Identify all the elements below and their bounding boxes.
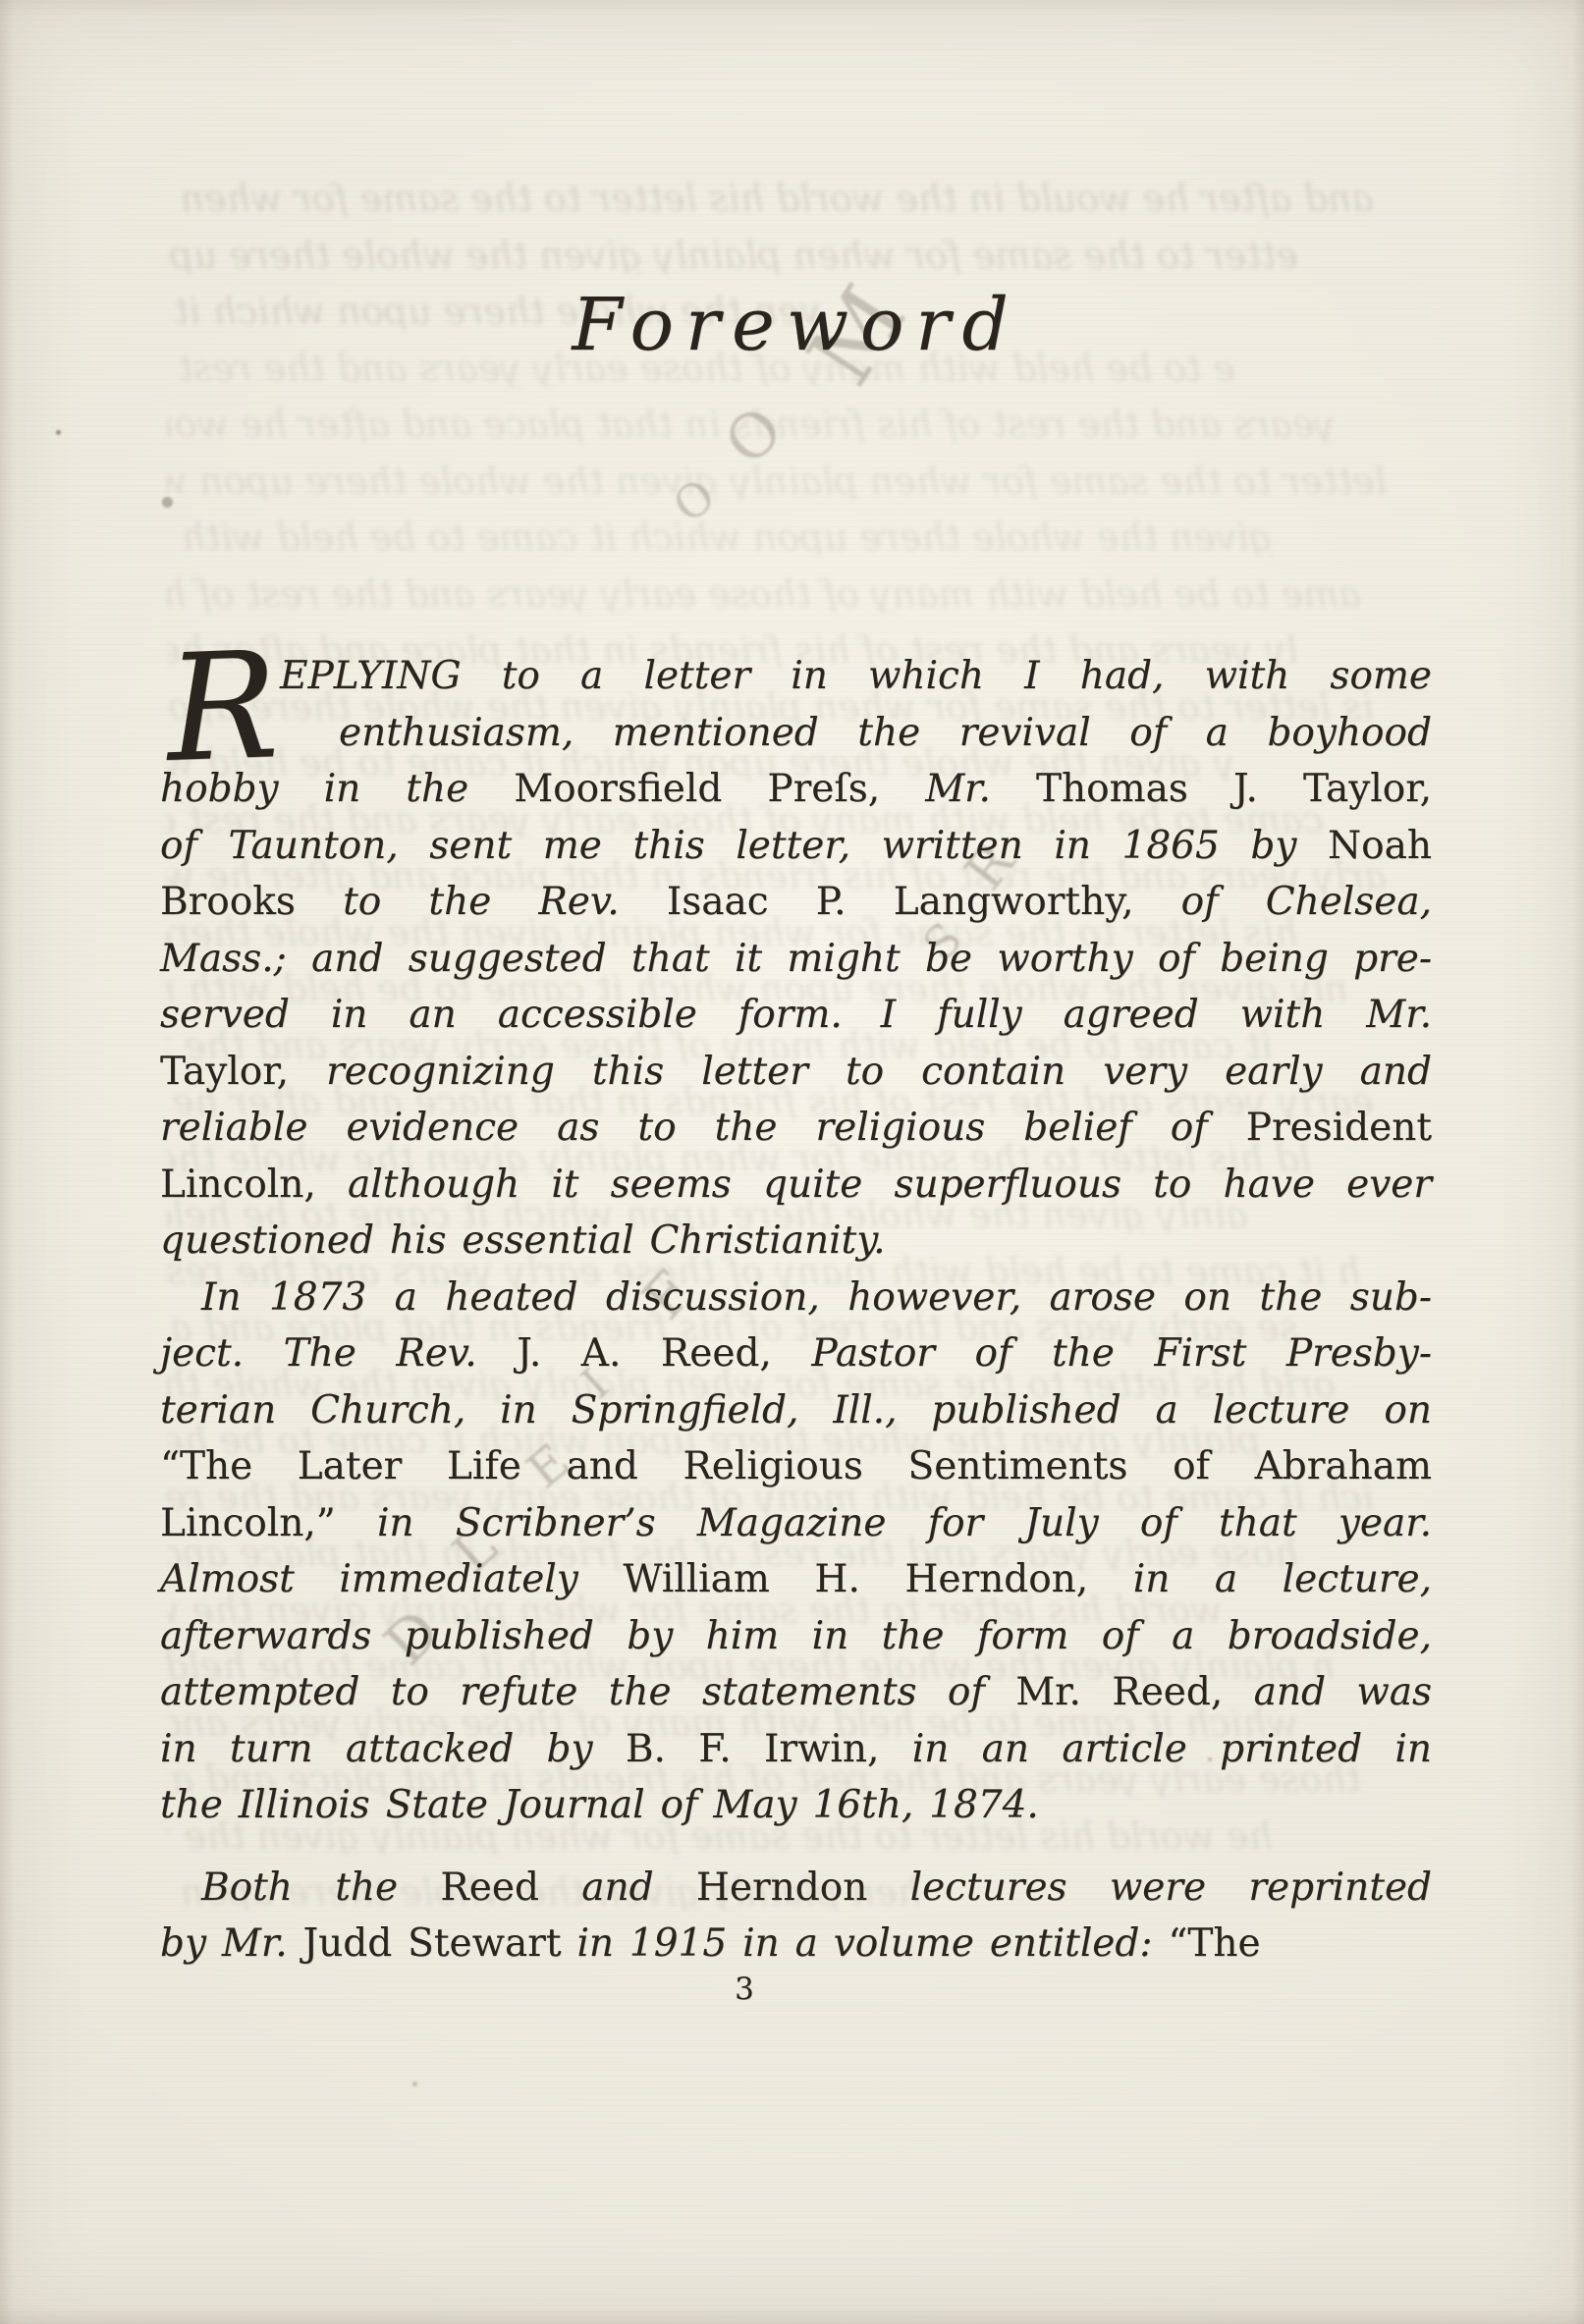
italic-text-segment: Pastor of the First Presby-	[811, 1331, 1432, 1376]
italic-text-segment: Mr.	[925, 767, 1036, 811]
text-line: hobby in the Moorsfield Preſs, Mr. Thoma…	[160, 761, 1432, 818]
page-number: 3	[160, 1972, 1329, 2007]
roman-text-segment: Lincoln,”	[160, 1501, 377, 1545]
page-title: Foreword	[160, 283, 1432, 367]
text-line: Mass.; and suggested that it might be wo…	[160, 931, 1432, 988]
text-line: served in an accessible form. I fully ag…	[160, 987, 1432, 1044]
italic-text-segment: of Taunton, sent me this letter, written…	[160, 824, 1328, 868]
italic-text-segment: Both the	[201, 1865, 440, 1910]
text-line: Brooks to the Rev. Isaac P. Langworthy, …	[160, 874, 1432, 931]
pencil-mark: O	[715, 397, 793, 475]
paper-speck	[162, 497, 173, 508]
italic-text-segment: in 1915 in a volume entitled:	[576, 1921, 1168, 1966]
italic-text-segment: afterwards published by him in the form …	[160, 1614, 1432, 1658]
paragraph: EPLYING to a letter in which I had, with…	[160, 648, 1432, 1270]
text-line: Lincoln,” in Scribner’s Magazine for Jul…	[160, 1495, 1432, 1552]
text-line: ject. The Rev. J. A. Reed, Pastor of the…	[160, 1325, 1432, 1382]
italic-text-segment: ject. The Rev.	[160, 1331, 517, 1376]
italic-text-segment: and	[581, 1865, 696, 1910]
text-line: “The Later Life and Religious Sentiments…	[160, 1438, 1432, 1495]
text-line: questioned his essential Christianity.	[160, 1213, 1432, 1270]
italic-text-segment: served in an accessible form. I fully ag…	[160, 993, 1432, 1037]
italic-text-segment: hobby in the	[160, 767, 514, 811]
text-line: Almost immediately William H. Herndon, i…	[160, 1551, 1432, 1608]
text-line: terian Church, in Springfield, Ill., pub…	[160, 1382, 1432, 1439]
italic-text-segment: recognizing this letter to contain very …	[326, 1050, 1432, 1094]
roman-text-segment: “The Later Life and Religious Sentiments…	[160, 1444, 1432, 1488]
roman-text-segment: B. F. Irwin,	[626, 1727, 912, 1771]
italic-text-segment: to the Rev.	[343, 880, 667, 924]
roman-text-segment: Noah	[1328, 824, 1432, 868]
bleed-through-line: years and the rest of his friends in tha…	[167, 405, 1336, 443]
italic-text-segment: attempted to refute the statements of	[160, 1670, 1015, 1714]
roman-text-segment: Judd Stewart	[303, 1921, 577, 1966]
roman-text-segment: Lincoln,	[160, 1162, 348, 1207]
scanned-book-page: and after he would in the world his lett…	[0, 0, 1584, 2324]
italic-text-segment: in turn attacked by	[160, 1727, 626, 1771]
italic-text-segment: in Scribner’s Magazine for July of that …	[377, 1501, 1432, 1545]
italic-text-segment: of Chelsea,	[1181, 880, 1432, 924]
italic-text-segment: although it seems quite superfluous to h…	[348, 1162, 1432, 1207]
roman-text-segment: Reed	[440, 1865, 581, 1910]
paper-speck	[56, 430, 61, 435]
roman-text-segment: Taylor,	[160, 1050, 326, 1094]
text-line: Lincoln, although it seems quite superfl…	[160, 1157, 1432, 1214]
body-text: EPLYING to a letter in which I had, with…	[160, 648, 1432, 1973]
italic-text-segment: reliable evidence as to the religious be…	[160, 1106, 1246, 1150]
paper-speck	[412, 2081, 417, 2086]
paragraph: In 1873 a heated discussion, however, ar…	[160, 1270, 1432, 1834]
italic-text-segment: and was	[1254, 1670, 1432, 1714]
roman-text-segment: Herndon	[696, 1865, 910, 1910]
roman-text-segment: Mr. Reed,	[1015, 1670, 1253, 1714]
text-line: by Mr. Judd Stewart in 1915 in a volume …	[160, 1916, 1432, 1973]
roman-text-segment: Thomas J. Taylor,	[1036, 767, 1432, 811]
roman-text-segment: Moorsfield Preſs,	[514, 767, 925, 811]
text-line: Both the Reed and Herndon lectures were …	[160, 1860, 1432, 1917]
roman-text-segment: Isaac P. Langworthy,	[667, 880, 1181, 924]
bleed-through-line: and after he would in the world his lett…	[167, 180, 1374, 217]
text-line: Taylor, recognizing this letter to conta…	[160, 1044, 1432, 1101]
italic-text-segment: in a lecture,	[1133, 1557, 1432, 1601]
roman-text-segment: “The	[1168, 1921, 1260, 1966]
pencil-mark: O	[666, 471, 723, 529]
italic-text-segment: enthusiasm, mentioned the revival of a b…	[339, 711, 1432, 755]
roman-text-segment: President	[1246, 1106, 1432, 1150]
italic-text-segment: in an article printed in	[912, 1727, 1432, 1771]
italic-text-segment: Almost immediately	[160, 1557, 623, 1601]
italic-text-segment: the Illinois State Journal of May 16th, …	[160, 1783, 1039, 1827]
italic-text-segment: EPLYING to a letter in which I had, with…	[280, 654, 1432, 698]
bleed-through-line: ame to be held with many of those early …	[167, 575, 1361, 613]
text-line: reliable evidence as to the religious be…	[160, 1100, 1432, 1157]
bleed-through-line: letter to the same for when plainly give…	[167, 462, 1387, 500]
text-line: EPLYING to a letter in which I had, with…	[160, 648, 1432, 705]
italic-text-segment: questioned his essential Christianity.	[160, 1218, 885, 1263]
text-line: the Illinois State Journal of May 16th, …	[160, 1777, 1432, 1834]
italic-text-segment: by Mr.	[160, 1921, 303, 1966]
bleed-through-line: given the whole there upon which it came…	[167, 518, 1273, 556]
text-line: in turn attacked by B. F. Irwin, in an a…	[160, 1721, 1432, 1778]
italic-text-segment: In 1873 a heated discussion, however, ar…	[201, 1275, 1432, 1320]
bleed-through-line: etter to the same for when plainly given…	[167, 237, 1298, 274]
roman-text-segment: Brooks	[160, 880, 343, 924]
text-line: attempted to refute the statements of Mr…	[160, 1664, 1432, 1721]
text-line: of Taunton, sent me this letter, written…	[160, 818, 1432, 875]
italic-text-segment: terian Church, in Springfield, Ill., pub…	[160, 1388, 1432, 1432]
text-line: enthusiasm, mentioned the revival of a b…	[160, 705, 1432, 762]
paragraph: Both the Reed and Herndon lectures were …	[160, 1860, 1432, 1973]
text-line: In 1873 a heated discussion, however, ar…	[160, 1270, 1432, 1326]
italic-text-segment: lectures were reprinted	[910, 1865, 1432, 1910]
italic-text-segment: Mass.; and suggested that it might be wo…	[160, 937, 1432, 981]
roman-text-segment: William H. Herndon,	[623, 1557, 1132, 1601]
roman-text-segment: J. A. Reed,	[517, 1331, 811, 1376]
text-line: afterwards published by him in the form …	[160, 1608, 1432, 1665]
